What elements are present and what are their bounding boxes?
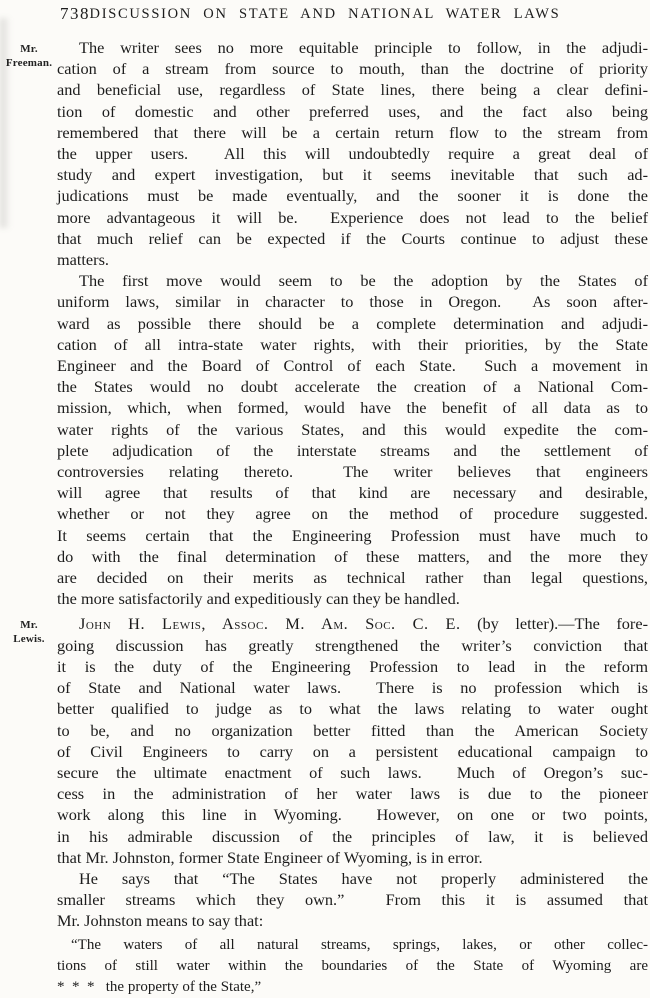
- text-line: that Mr. Johnston, former State Engineer…: [57, 847, 648, 868]
- text-line: the upper users. All this will undoubted…: [57, 143, 648, 164]
- margin-note-lewis: Mr.Lewis.: [4, 619, 54, 646]
- text-line: of State and National water laws. There …: [57, 677, 648, 698]
- text-line: going discussion has greatly strengthene…: [57, 635, 648, 656]
- margin-note-freeman: Mr.Freeman.: [4, 43, 54, 70]
- text-line: it is the duty of the Engineering Profes…: [57, 656, 648, 677]
- text-line: to be, and no organization better fitted…: [57, 720, 648, 741]
- text-line: Mr. Johnston means to say that:: [57, 910, 648, 931]
- text-line: mission, which, when formed, would have …: [57, 397, 648, 418]
- text-line: cation of all intra-state water rights, …: [57, 334, 648, 355]
- text-line: will agree that results of that kind are…: [57, 482, 648, 503]
- text-line: more advantageous it will be. Experience…: [57, 207, 648, 228]
- text-column: Mr.Freeman.The writer sees no more equit…: [57, 37, 648, 998]
- text-line: that much relief can be expected if the …: [57, 228, 648, 249]
- text-line: and beneficial use, regardless of State …: [57, 79, 648, 100]
- blockquote-wyoming-statute: “The waters of all natural streams, spri…: [57, 935, 648, 998]
- paragraph-uniform-laws: The first move would seem to be the adop…: [57, 270, 648, 609]
- scanned-book-page: 738 DISCUSSION ON STATE AND NATIONAL WAT…: [0, 0, 650, 998]
- paragraph-lewis-letter: Mr.Lewis.John H. Lewis, Assoc. M. Am. So…: [57, 613, 648, 867]
- text-line: * * * the property of the State,”: [57, 977, 648, 998]
- text-line: tion of domestic and other preferred use…: [57, 101, 648, 122]
- text-line: It seems certain that the Engineering Pr…: [57, 525, 648, 546]
- text-line: He says that “The States have not proper…: [57, 868, 648, 889]
- text-line: better qualified to judge as to what the…: [57, 698, 648, 719]
- text-line: plete adjudication of the interstate str…: [57, 440, 648, 461]
- text-line: The first move would seem to be the adop…: [57, 270, 648, 291]
- text-line: do with the final determination of these…: [57, 546, 648, 567]
- text-line: ward as possible there should be a compl…: [57, 313, 648, 334]
- text-line: judications must be made eventually, and…: [57, 185, 648, 206]
- page-header: 738 DISCUSSION ON STATE AND NATIONAL WAT…: [0, 3, 650, 27]
- text-line: John H. Lewis, Assoc. M. Am. Soc. C. E. …: [57, 613, 648, 634]
- text-line: are decided on their merits as technical…: [57, 567, 648, 588]
- paragraph-freeman-discussion: Mr.Freeman.The writer sees no more equit…: [57, 37, 648, 270]
- text-line: study and expert investigation, but it s…: [57, 164, 648, 185]
- text-line: Engineer and the Board of Control of eac…: [57, 355, 648, 376]
- speaker-name-smallcaps: John H. Lewis, Assoc. M. Am. Soc. C. E.: [79, 614, 461, 633]
- running-title: DISCUSSION ON STATE AND NATIONAL WATER L…: [0, 3, 650, 23]
- text-line: tions of still water within the boundari…: [57, 956, 648, 977]
- text-line: matters.: [57, 249, 648, 270]
- text-line: cess in the administration of her water …: [57, 783, 648, 804]
- text-line: smaller streams which they own.” From th…: [57, 889, 648, 910]
- text-line: secure the ultimate enactment of such la…: [57, 762, 648, 783]
- text-line: remembered that there will be a certain …: [57, 122, 648, 143]
- text-line: the States would no doubt accelerate the…: [57, 376, 648, 397]
- page-number: 738: [60, 4, 90, 24]
- text-line: uniform laws, similar in character to th…: [57, 291, 648, 312]
- text-line: water rights of the various States, and …: [57, 419, 648, 440]
- text-line: cation of a stream from source to mouth,…: [57, 58, 648, 79]
- text-line: in his admirable discussion of the princ…: [57, 826, 648, 847]
- text-line: whether or not they agree on the method …: [57, 503, 648, 524]
- text-line: the more satisfactorily and expeditiousl…: [57, 588, 648, 609]
- text-line: “The waters of all natural streams, spri…: [57, 935, 648, 956]
- text-span: (by letter).—The fore-: [461, 614, 648, 633]
- text-line: The writer sees no more equitable princi…: [57, 37, 648, 58]
- paragraph-johnston-claim: He says that “The States have not proper…: [57, 868, 648, 932]
- text-line: controversies relating thereto. The writ…: [57, 461, 648, 482]
- text-line: of Civil Engineers to carry on a persist…: [57, 741, 648, 762]
- text-line: work along this line in Wyoming. However…: [57, 804, 648, 825]
